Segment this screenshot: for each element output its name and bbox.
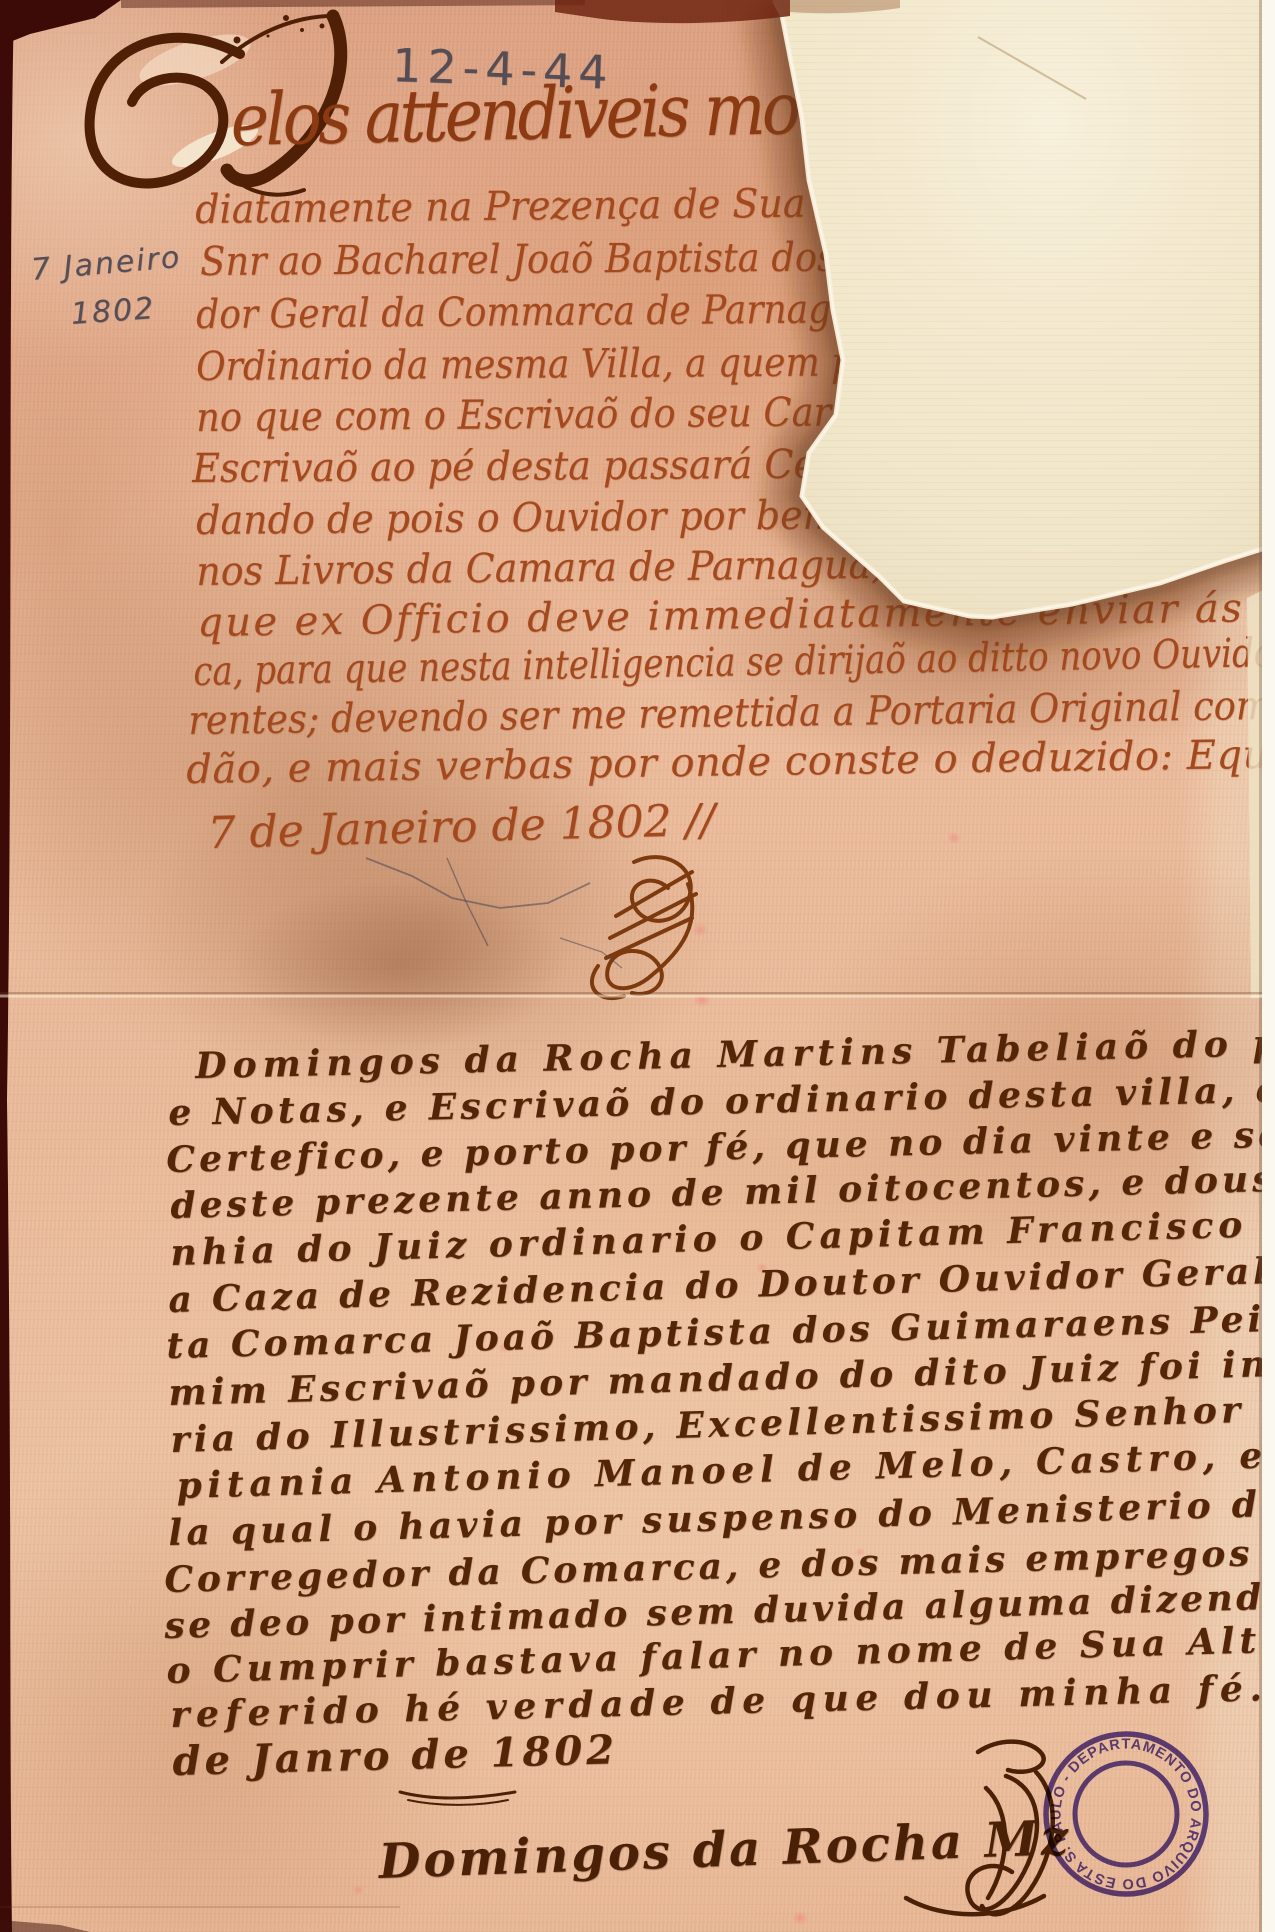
paper-sheet bbox=[0, 0, 1275, 1932]
backing-sheet-shading bbox=[774, 0, 1275, 617]
manuscript-line: Ordinario da mesma Villa, a quem pela Le… bbox=[196, 341, 1075, 387]
manuscript-line-date: 7 de Janeiro de 1802 // bbox=[207, 799, 716, 856]
manuscript-line: o Cumprir bastava falar no nome de Sua A… bbox=[166, 1612, 1275, 1689]
ornate-initial-p bbox=[90, 16, 341, 195]
manuscript-line: deste prezente anno de mil oitocentos, e… bbox=[170, 1151, 1275, 1224]
left-scan-edge bbox=[0, 0, 14, 1932]
stamp-inner-ring bbox=[1066, 1754, 1187, 1875]
rubric-flourish bbox=[592, 857, 696, 998]
bottom-crease bbox=[0, 1906, 400, 1908]
manuscript-line: e Notas, e Escrivaõ do ordinario desta v… bbox=[168, 1065, 1275, 1131]
manuscript-line: se deo por intimado sem duvida alguma di… bbox=[164, 1567, 1275, 1644]
manuscript-line: que ex Officio deve immediatamente envia… bbox=[197, 583, 1275, 643]
manuscript-line: Certefico, e porto por fé, que no dia vi… bbox=[166, 1110, 1275, 1178]
top-edge-shadow bbox=[121, 0, 585, 8]
fold-crease-highlight bbox=[0, 995, 1262, 998]
manuscript-line: Escrivaõ ao pé desta passará Certidaõ de… bbox=[192, 443, 1025, 489]
manuscript-scan: 12-4-44 7 Janeiro 1802 elos attendiveis … bbox=[0, 0, 1275, 1932]
paper-curl-highlight bbox=[134, 24, 256, 96]
date-underline bbox=[400, 1792, 515, 1805]
backing-sheet bbox=[774, 0, 1275, 617]
manuscript-line-date: de Janro de 1802 bbox=[172, 1730, 619, 1782]
manuscript-line: Domingos da Rocha Martins Tabeliaõ do pu… bbox=[195, 1017, 1275, 1084]
torn-corner-overlay bbox=[0, 0, 1275, 1932]
tear-stain-band-dark bbox=[774, 0, 1275, 617]
fold-crease-shadow bbox=[0, 992, 1262, 995]
stamp-ring-textpath: S. PAULO - DEPARTAMENTO DO ARQUIVO DO ES… bbox=[1034, 1722, 1218, 1906]
manuscript-line: la qual o havia por suspenso do Menister… bbox=[168, 1476, 1275, 1551]
top-edge-stain-bar bbox=[555, 0, 790, 23]
text-layer: 12-4-44 7 Janeiro 1802 elos attendiveis … bbox=[0, 0, 1275, 1932]
paper-cracks bbox=[366, 858, 622, 968]
manuscript-line: ta Comarca Joaõ Baptista dos Guimaraens … bbox=[166, 1291, 1275, 1364]
manuscript-line: nhia do Juiz ordinario o Capitam Francis… bbox=[170, 1196, 1275, 1271]
manuscript-line: mim Escrivaõ por mandado do dito Juiz fo… bbox=[168, 1337, 1275, 1411]
manuscript-line: nos Livros da Camara de Parnaguá, para d… bbox=[196, 543, 1100, 592]
ink-flourishes bbox=[0, 0, 1275, 1932]
ink-specks bbox=[234, 15, 344, 44]
backing-right-sliver bbox=[1247, 590, 1263, 998]
manuscript-line: dão, e mais verbas por onde conste o ded… bbox=[186, 729, 1275, 790]
manuscript-line: no que com o Escrivaõ do seu Cargo va in… bbox=[196, 390, 1062, 438]
manuscript-line: a Caza de Rezidencia do Doutor Ouvidor G… bbox=[168, 1242, 1275, 1318]
manuscript-line: dando de pois o Ouvidor por bem da Ley R… bbox=[196, 494, 1042, 541]
paper-curl-highlight2 bbox=[167, 117, 262, 176]
stamp-outer-ring bbox=[1031, 1719, 1221, 1909]
topleft-scan-corner bbox=[0, 0, 121, 46]
archive-stamp: S. PAULO - DEPARTAMENTO DO ARQUIVO DO ES… bbox=[0, 0, 1275, 1932]
right-strip-shadow bbox=[1259, 0, 1262, 1932]
manuscript-line: Corregedor da Comarca, e dos mais empreg… bbox=[164, 1524, 1275, 1598]
manuscript-line: ria do Illustrissimo, Excellentissimo Se… bbox=[170, 1380, 1275, 1458]
tear-stain-band bbox=[774, 0, 1275, 617]
margin-date-note-line1: 7 Janeiro bbox=[30, 243, 182, 286]
backing-crease bbox=[978, 37, 1086, 99]
manuscript-line: Snr ao Bacharel Joaõ Baptista dos Guimar… bbox=[200, 236, 1050, 282]
manuscript-line: ca, para que nesta intelligencia se diri… bbox=[193, 628, 1275, 692]
manuscript-line: pitania Antonio Manoel de Melo, Castro, … bbox=[176, 1427, 1275, 1504]
scan-edges bbox=[0, 0, 1275, 1932]
archive-code-note: 12-4-44 bbox=[391, 42, 614, 96]
manuscript-line: dor Geral da Commarca de Parnagoá, e dos… bbox=[196, 287, 1090, 335]
right-scan-strip bbox=[1262, 0, 1275, 1932]
signature: Domingos da Rocha Mz bbox=[378, 1814, 1072, 1886]
torn-fibre-edge bbox=[774, 0, 1275, 617]
top-edge-stain-fade bbox=[790, 0, 900, 13]
document-heading: elos attendiveis motivos, bbox=[230, 69, 953, 156]
bottomleft-edge bbox=[0, 1920, 90, 1932]
stamp-ring-text: S. PAULO - DEPARTAMENTO DO ARQUIVO DO ES… bbox=[1034, 1722, 1218, 1906]
margin-date-note-line2: 1802 bbox=[70, 294, 156, 330]
torn-fibre-edge-bright bbox=[774, 0, 1275, 617]
manuscript-line: rentes; devendo ser me remettida a Porta… bbox=[188, 682, 1275, 741]
manuscript-line: diatamente na Prezença de Sua Alteza Rea… bbox=[195, 181, 1036, 230]
manuscript-line: referido hé verdade de que dou minha fé.… bbox=[170, 1661, 1275, 1733]
signature-flourish bbox=[906, 1742, 1053, 1915]
